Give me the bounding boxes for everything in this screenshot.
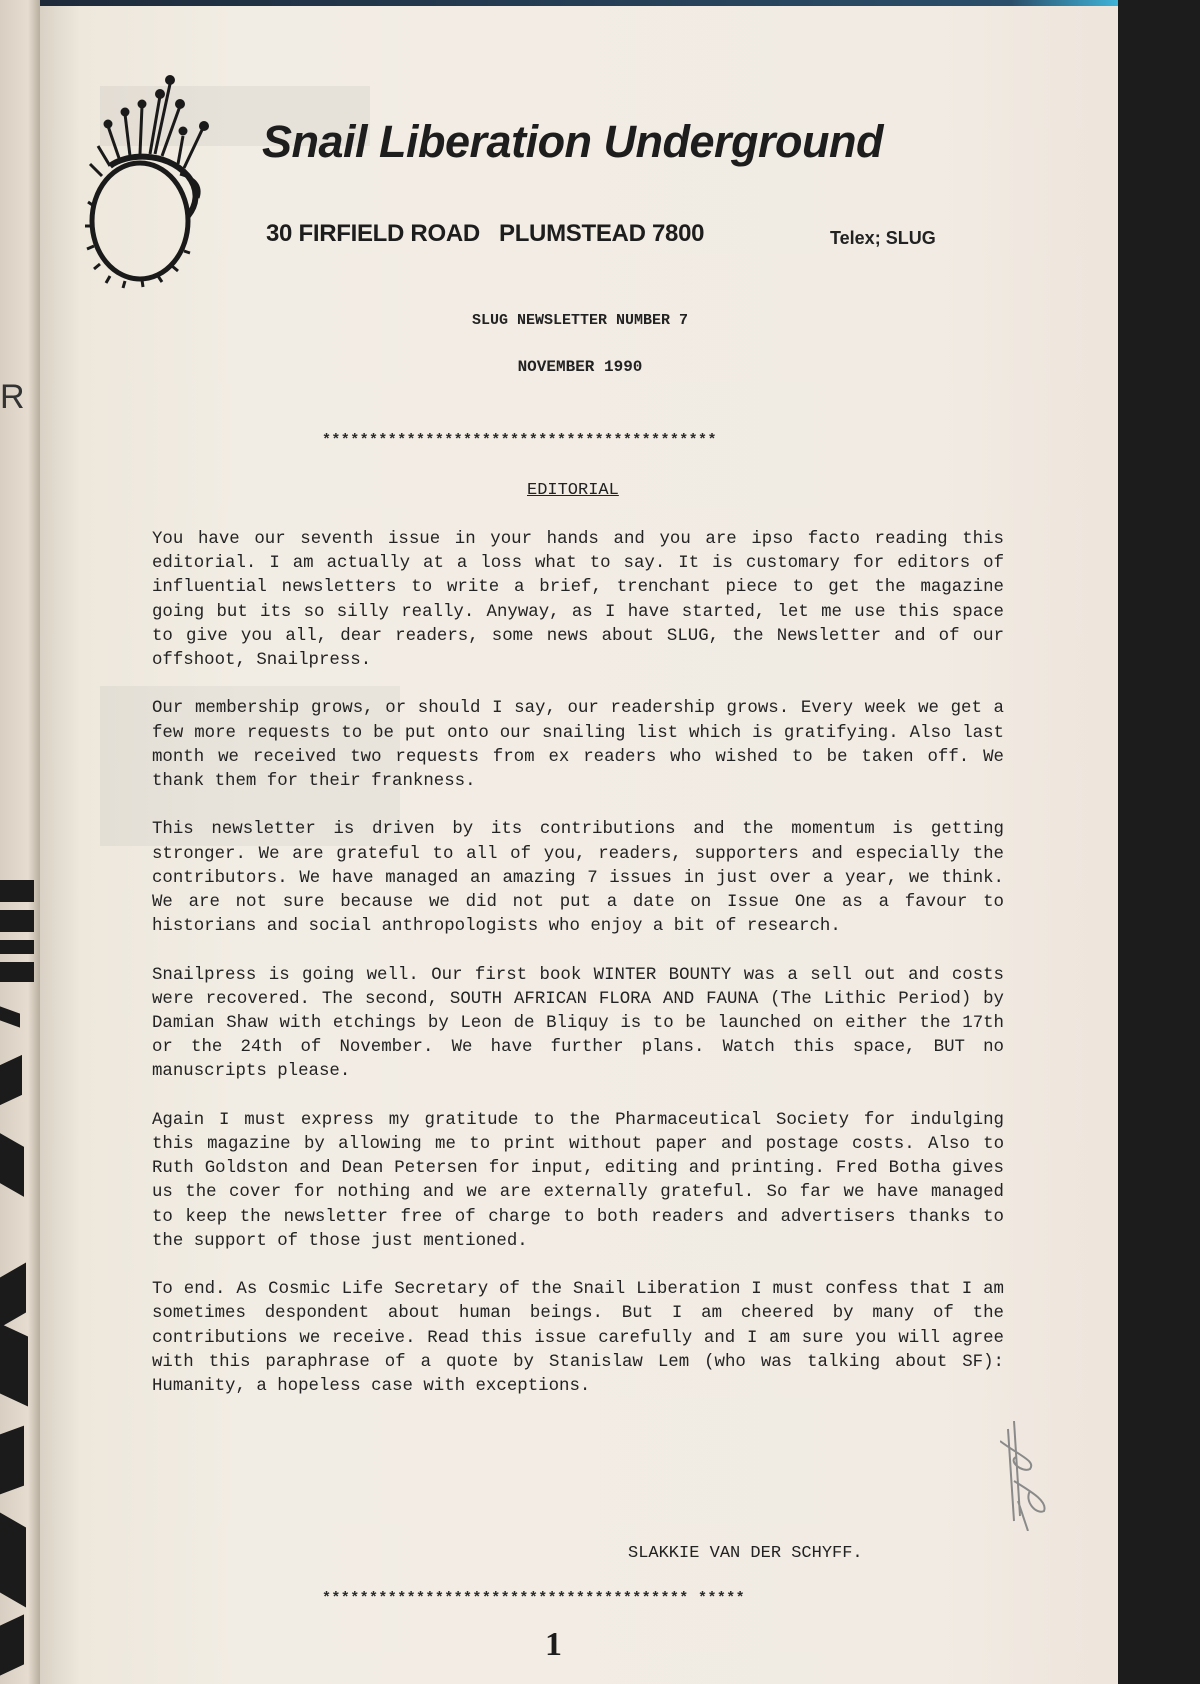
newsletter-page: Snail Liberation Underground 30 FIRFIELD… (40, 6, 1118, 1684)
spine-ink-mark (0, 1614, 24, 1675)
signature: SLAKKIE VAN DER SCHYFF. (628, 1544, 863, 1563)
divider-bottom: *************************************** … (322, 1590, 745, 1607)
editorial-paragraph: Again I must express my gratitude to the… (152, 1109, 1004, 1254)
adjacent-page-spine: R (0, 0, 40, 1684)
editorial-paragraph: Snailpress is going well. Our first book… (152, 964, 1004, 1085)
snail-shell-logo-icon (80, 66, 220, 296)
spine-ink-mark (0, 1426, 24, 1495)
issue-date: NOVEMBER 1990 (40, 358, 1120, 376)
editorial-paragraph: This newsletter is driven by its contrib… (152, 818, 1004, 939)
spine-ink-mark (0, 880, 34, 902)
spine-ink-mark (0, 1262, 26, 1327)
newsletter-title: Snail Liberation Underground (262, 116, 883, 168)
page-number: 1 (545, 1626, 562, 1664)
issue-label: SLUG NEWSLETTER NUMBER 7 (40, 312, 1120, 329)
spine-ink-mark (0, 910, 34, 932)
editorial-paragraph: To end. As Cosmic Life Secretary of the … (152, 1278, 1004, 1399)
editorial-body: You have our seventh issue in your hands… (152, 528, 1004, 1423)
spine-ink-mark (0, 940, 34, 954)
address: 30 FIRFIELD ROAD PLUMSTEAD 7800 (266, 220, 704, 248)
spine-ink-mark (0, 1323, 28, 1406)
spine-ink-mark (0, 1133, 24, 1197)
spine-ink-mark (0, 1006, 20, 1027)
editorial-heading: EDITORIAL (527, 481, 619, 500)
telex: Telex; SLUG (830, 228, 936, 249)
spine-letter: R (0, 378, 25, 417)
spine-ink-mark (0, 962, 34, 982)
editorial-paragraph: You have our seventh issue in your hands… (152, 528, 1004, 673)
editorial-paragraph: Our membership grows, or should I say, o… (152, 697, 1004, 794)
spine-ink-mark (0, 1055, 22, 1105)
spine-ink-mark (0, 1512, 26, 1607)
pencil-mark-icon (1000, 1421, 1060, 1531)
divider-top: ****************************************… (322, 432, 717, 449)
